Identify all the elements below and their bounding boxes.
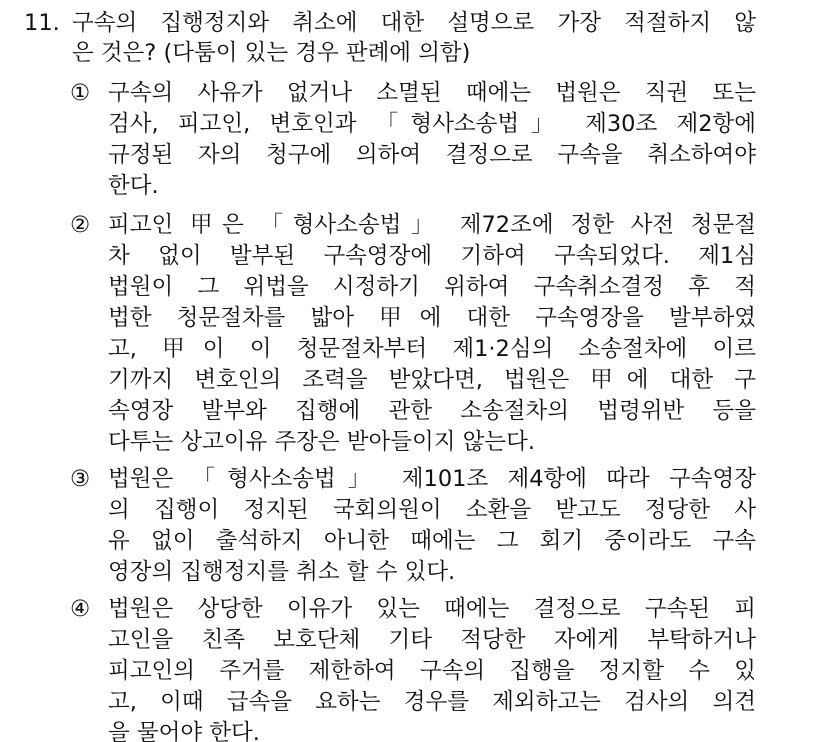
option-line: 영장의 집행정지를 취소 할 수 있다.: [108, 557, 455, 587]
question-stem-line: 구속의 집행정지와 취소에 대한 설명으로 가장 적절하지 않: [72, 8, 756, 38]
option-line: 다투는 상고이유 주장은 받아들이지 않는다.: [108, 427, 535, 457]
option-line: 법한 청문절차를 밟아 甲에 대한 구속영장을 발부하였: [108, 303, 756, 333]
option-marker: ①: [70, 78, 90, 108]
option-line: 법원은 「형사소송법」 제101조 제4항에 따라 구속영장: [108, 464, 756, 494]
option-line: 의 집행이 정지된 국회의원이 소환을 받고도 정당한 사: [108, 495, 756, 525]
option-line: 구속의 사유가 없거나 소멸된 때에는 법원은 직권 또는: [108, 78, 756, 108]
option-line: 한다.: [108, 171, 159, 201]
option-line: 법원은 상당한 이유가 있는 때에는 결정으로 구속된 피: [108, 594, 756, 624]
option-marker: ④: [70, 594, 90, 624]
question-number: 11.: [24, 8, 60, 38]
option-line: 규정된 자의 청구에 의하여 결정으로 구속을 취소하여야: [108, 140, 756, 170]
option-line: 고, 甲이 이 청문절차부터 제1·2심의 소송절차에 이르: [108, 334, 756, 364]
option-line: 검사, 피고인, 변호인과 「형사소송법」 제30조 제2항에: [108, 109, 756, 139]
option-marker: ②: [70, 210, 90, 240]
option-line: 속영장 발부와 집행에 관한 소송절차의 법령위반 등을: [108, 396, 756, 426]
question-stem-line: 은 것은? (다툼이 있는 경우 판례에 의함): [72, 38, 470, 68]
option-line: 을 물어야 한다.: [108, 718, 260, 742]
option-line: 고인을 친족 보호단체 기타 적당한 자에게 부탁하거나: [108, 625, 756, 655]
option-line: 유 없이 출석하지 아니한 때에는 그 회기 중이라도 구속: [108, 526, 756, 556]
option-line: 법원이 그 위법을 시정하기 위하여 구속취소결정 후 적: [108, 272, 756, 302]
option-line: 피고인의 주거를 제한하여 구속의 집행을 정지할 수 있: [108, 656, 756, 686]
option-line: 고, 이때 급속을 요하는 경우를 제외하고는 검사의 의견: [108, 687, 756, 717]
option-line: 차 없이 발부된 구속영장에 기하여 구속되었다. 제1심: [108, 241, 756, 271]
option-marker: ③: [70, 464, 90, 494]
option-line: 피고인 甲은 「형사소송법」 제72조에 정한 사전 청문절: [108, 210, 756, 240]
option-line: 기까지 변호인의 조력을 받았다면, 법원은 甲에 대한 구: [108, 365, 756, 395]
